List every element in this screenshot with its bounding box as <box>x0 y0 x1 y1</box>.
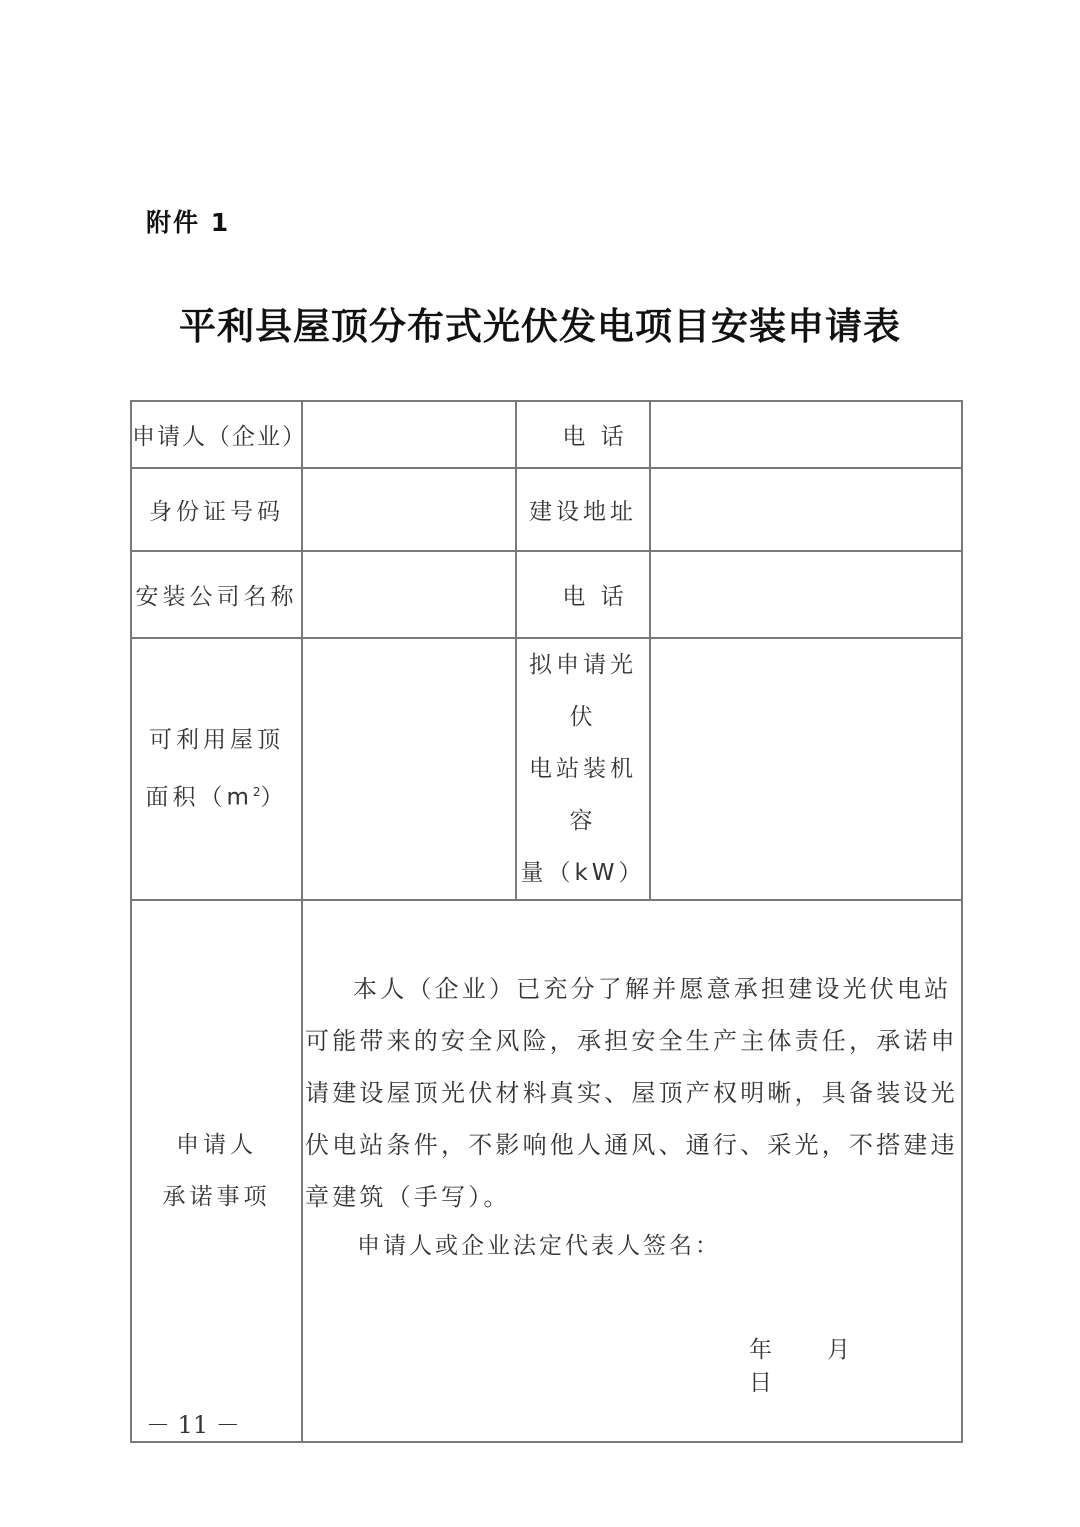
commitment-cell: 本人（企业）已充分了解并愿意承担建设光伏电站可能带来的安全风险，承担安全生产主体… <box>302 900 962 1442</box>
signature-label: 申请人或企业法定代表人签名： <box>357 1227 721 1260</box>
roof-area-label-line2: 面积（m2） <box>132 766 301 824</box>
table-row: 安装公司名称 电 话 <box>131 551 962 638</box>
id-number-field[interactable] <box>302 468 516 551</box>
commitment-label-line2: 承诺事项 <box>132 1171 301 1223</box>
table-row: 申请人（企业） 电 话 <box>131 401 962 468</box>
roof-area-label: 可利用屋顶 面积（m2） <box>131 638 302 900</box>
build-address-label: 建设地址 <box>516 468 650 551</box>
phone-field[interactable] <box>650 401 962 468</box>
id-number-label: 身份证号码 <box>131 468 302 551</box>
table-row: 身份证号码 建设地址 <box>131 468 962 551</box>
roof-area-field[interactable] <box>302 638 516 900</box>
roof-area-label-line1: 可利用屋顶 <box>132 714 301 766</box>
commitment-label-line1: 申请人 <box>132 1119 301 1171</box>
roof-area-unit-end: ） <box>261 785 288 811</box>
roof-area-unit-sup: 2 <box>253 785 261 799</box>
date-month: 月 <box>827 1331 905 1364</box>
date-day: 日 <box>749 1364 827 1397</box>
phone-label: 电 话 <box>516 401 650 468</box>
attachment-label: 附件 1 <box>146 203 230 239</box>
installer-phone-field[interactable] <box>650 551 962 638</box>
applicant-label: 申请人（企业） <box>131 401 302 468</box>
installer-name-field[interactable] <box>302 551 516 638</box>
table-row: 申请人 承诺事项 本人（企业）已充分了解并愿意承担建设光伏电站可能带来的安全风险… <box>131 900 962 1442</box>
capacity-label-line2: 电站装机容 <box>517 743 649 847</box>
capacity-field[interactable] <box>650 638 962 900</box>
commitment-label: 申请人 承诺事项 <box>131 900 302 1442</box>
build-address-field[interactable] <box>650 468 962 551</box>
date-line: 年月日 <box>749 1331 961 1397</box>
installer-phone-label: 电 话 <box>516 551 650 638</box>
applicant-field[interactable] <box>302 401 516 468</box>
capacity-label-line1: 拟申请光伏 <box>517 639 649 743</box>
capacity-label: 拟申请光伏 电站装机容 量（kW） <box>516 638 650 900</box>
application-form-table: 申请人（企业） 电 话 身份证号码 建设地址 安装公司名称 电 话 可利用屋顶 … <box>130 400 963 1443</box>
date-year: 年 <box>749 1331 827 1364</box>
roof-area-unit-text: 面积（m <box>145 785 252 811</box>
capacity-label-line3: 量（kW） <box>517 847 649 899</box>
installer-name-label: 安装公司名称 <box>131 551 302 638</box>
page-number: － 11 － <box>146 1405 240 1440</box>
page-title: 平利县屋顶分布式光伏发电项目安装申请表 <box>0 296 1080 350</box>
table-row: 可利用屋顶 面积（m2） 拟申请光伏 电站装机容 量（kW） <box>131 638 962 900</box>
commitment-text: 本人（企业）已充分了解并愿意承担建设光伏电站可能带来的安全风险，承担安全生产主体… <box>305 963 965 1223</box>
